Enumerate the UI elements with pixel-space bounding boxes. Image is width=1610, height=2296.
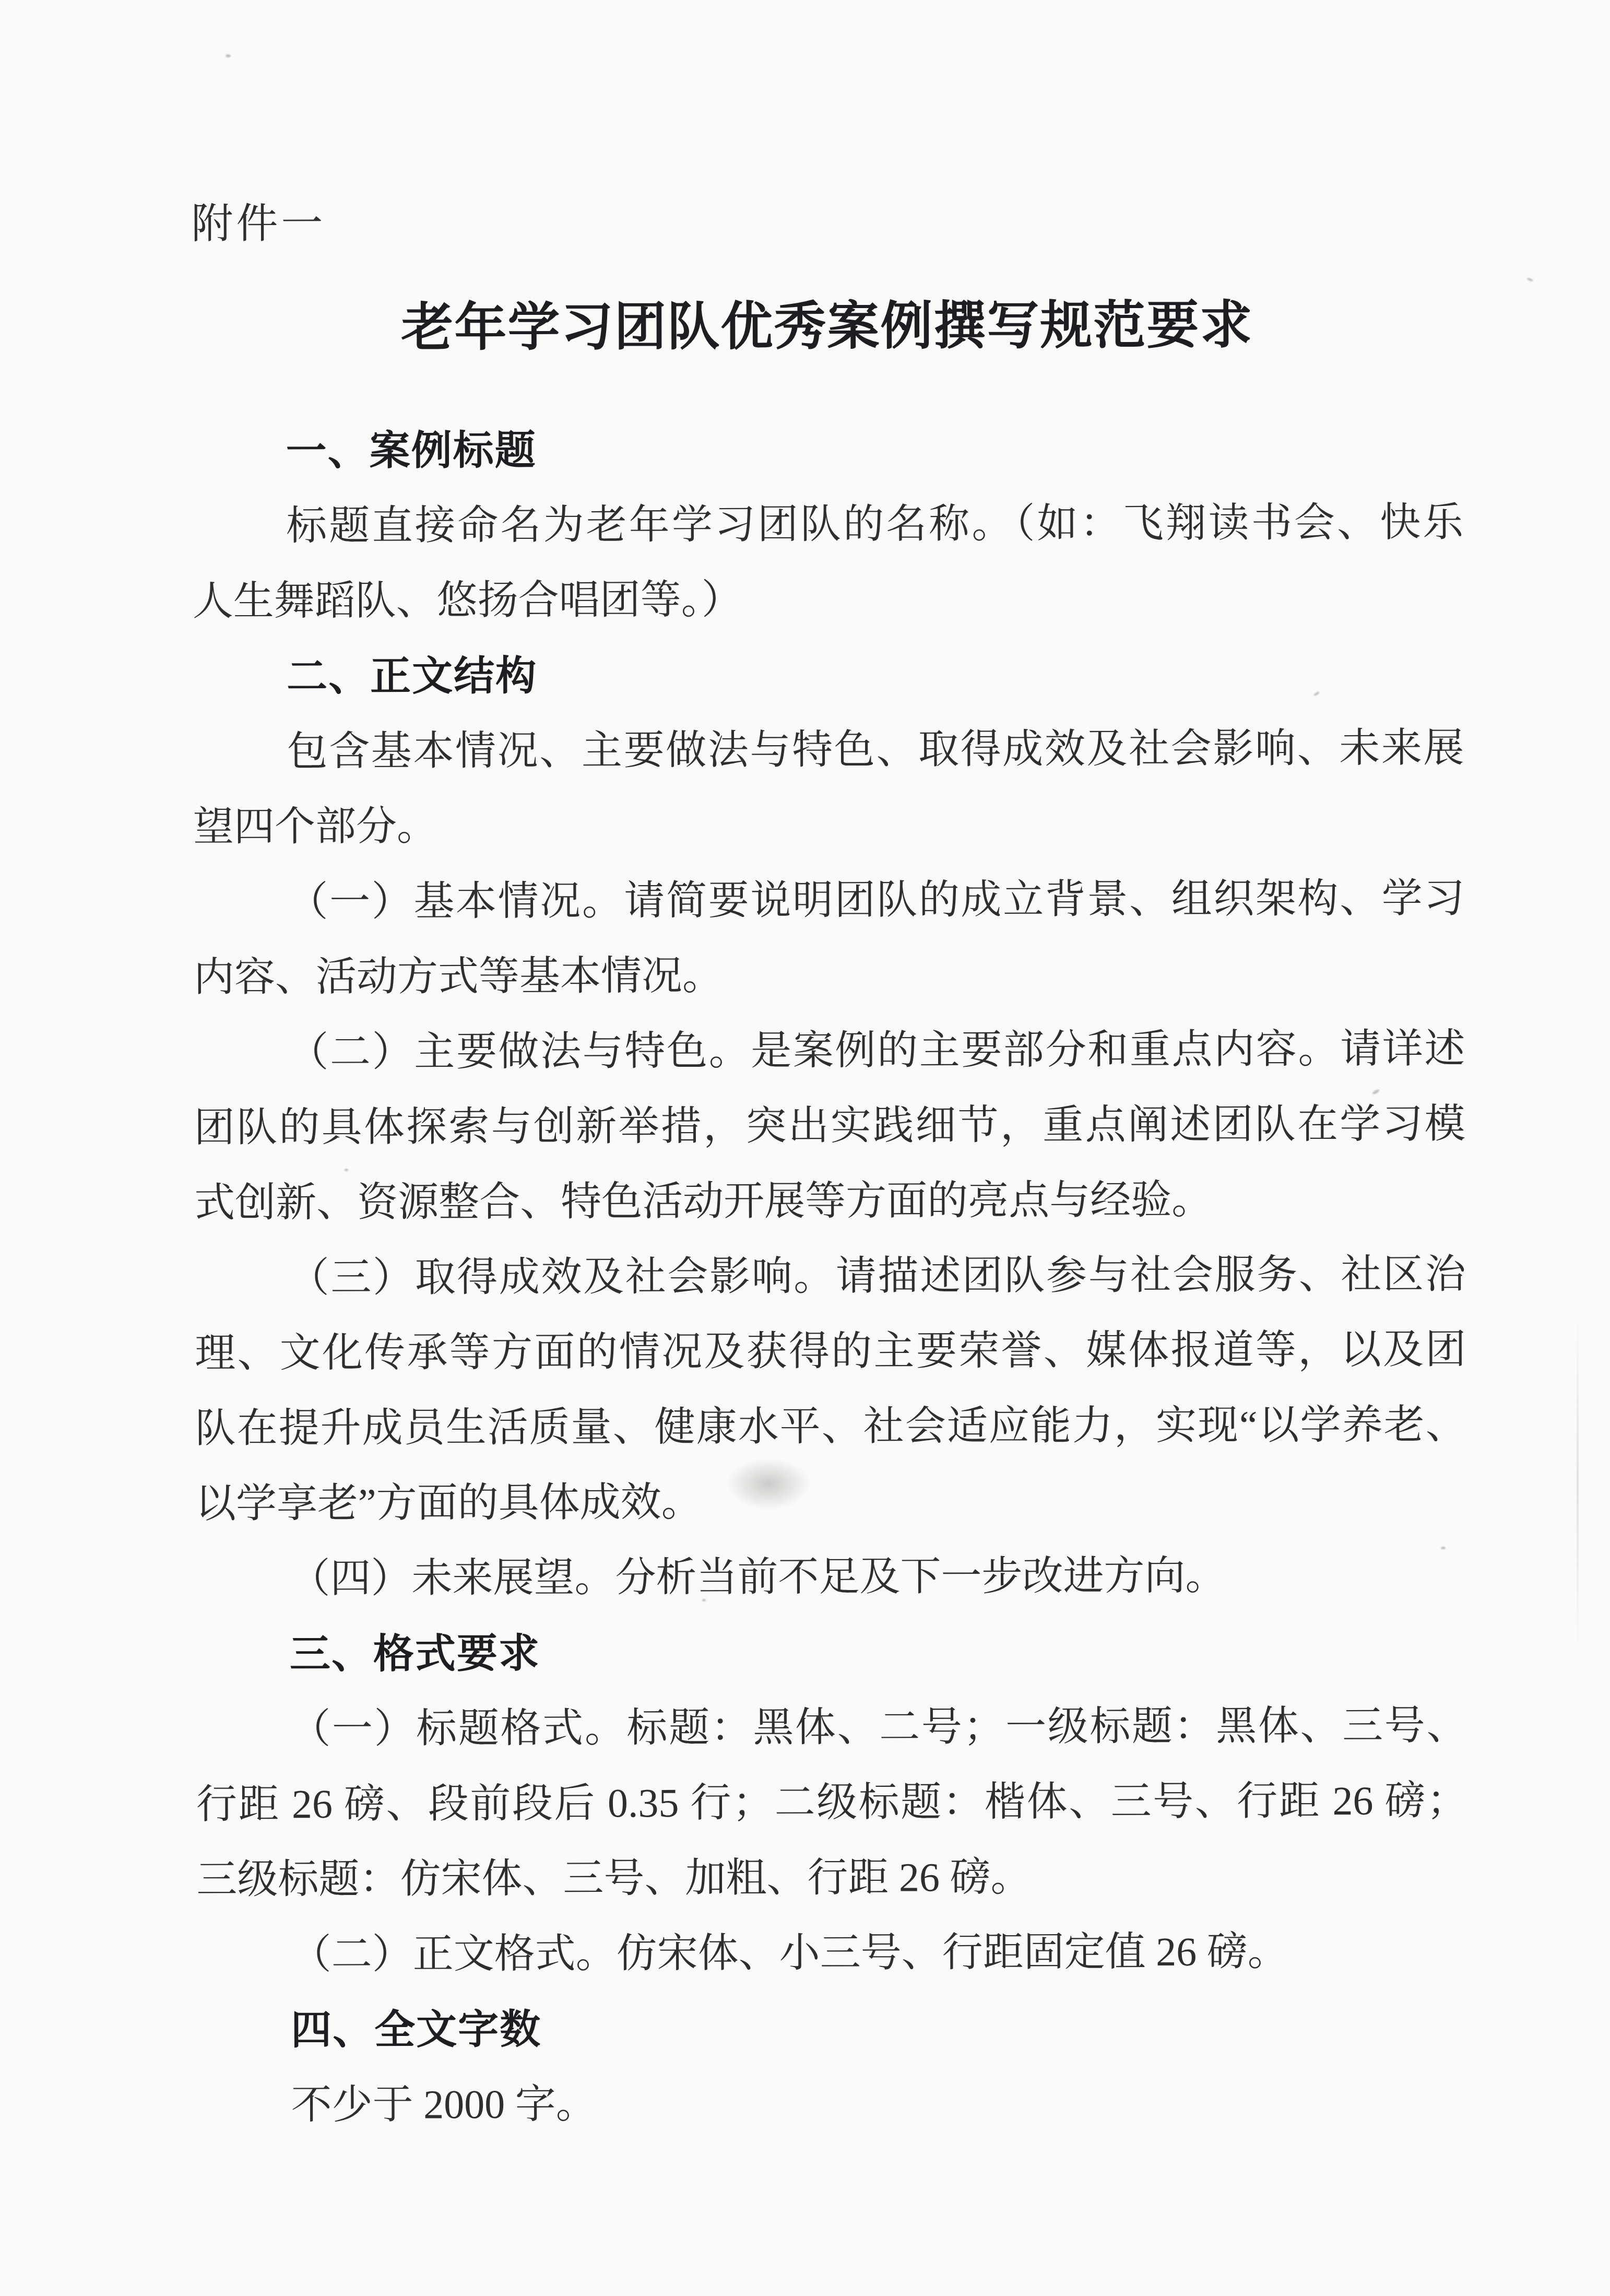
scan-streak [1577,1316,1579,1650]
document-title: 老年学习团队优秀案例撰写规范要求 [192,295,1463,358]
scanned-document: { "colors": { "paper": "#fbfaf8", "ink":… [0,0,1610,2296]
text-line: 队在提升成员生活质量、健康水平、社会适应能力，实现“以学养老、 [195,1387,1466,1466]
text-line: 不少于 2000 字。 [197,2064,1468,2143]
text-line: （三）取得成效及社会影响。请描述团队参与社会服务、社区治 [194,1237,1465,1316]
section-heading: 二、正文结构 [193,635,1464,714]
text-line: 望四个部分。 [193,785,1464,865]
text-line: 团队的具体探索与创新举措，突出实践细节，重点阐述团队在学习模 [194,1086,1465,1165]
section-heading: 三、格式要求 [196,1612,1467,1692]
section-heading: 一、案例标题 [192,409,1463,489]
text-line: 内容、活动方式等基本情况。 [194,936,1465,1015]
text-line: 行距 26 磅、段前段后 0.35 行；二级标题：楷体、三号、行距 26 磅； [196,1763,1467,1842]
attachment-label: 附件一 [191,195,1462,250]
text-line: 人生舞蹈队、悠扬合唱团等。） [192,560,1463,639]
text-line: （四）未来展望。分析当前不足及下一步改进方向。 [195,1537,1466,1617]
document-sheet: 附件一 老年学习团队优秀案例撰写规范要求 一、案例标题标题直接命名为老年学习团队… [191,0,1469,2143]
text-line: 包含基本情况、主要做法与特色、取得成效及社会影响、未来展 [193,710,1464,790]
text-line: （二）正文格式。仿宋体、小三号、行距固定值 26 磅。 [197,1913,1468,1993]
text-line: （一）标题格式。标题：黑体、二号；一级标题：黑体、三号、 [196,1688,1467,1767]
document-body: 一、案例标题标题直接命名为老年学习团队的名称。（如：飞翔读书会、快乐人生舞蹈队、… [192,409,1468,2143]
scan-speck [1527,277,1534,282]
text-line: 理、文化传承等方面的情况及获得的主要荣誉、媒体报道等，以及团 [195,1312,1466,1391]
text-line: 三级标题：仿宋体、三号、加粗、行距 26 磅。 [196,1838,1467,1917]
text-line: 式创新、资源整合、特色活动开展等方面的亮点与经验。 [194,1161,1465,1241]
text-line: 标题直接命名为老年学习团队的名称。（如：飞翔读书会、快乐 [192,485,1463,564]
section-heading: 四、全文字数 [197,1988,1468,2068]
text-line: 以学享老”方面的具体成效。 [195,1462,1466,1541]
text-line: （二）主要做法与特色。是案例的主要部分和重点内容。请详述 [194,1011,1465,1090]
text-line: （一）基本情况。请简要说明团队的成立背景、组织架构、学习 [193,861,1464,940]
